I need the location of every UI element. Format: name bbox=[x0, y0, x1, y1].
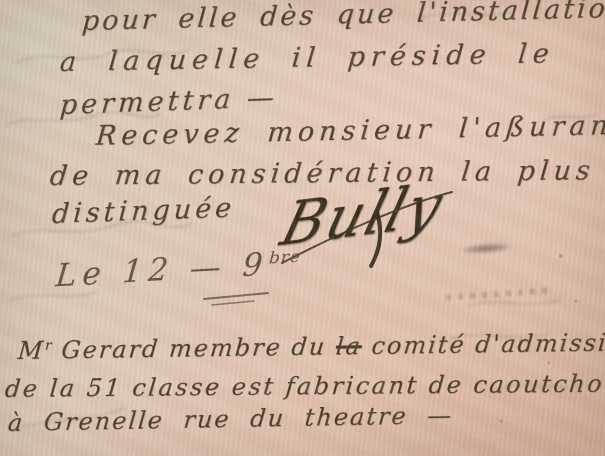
postscript-struck-word: la bbox=[335, 332, 364, 360]
ink-smudge-trail bbox=[446, 287, 550, 300]
postscript-monsieur-initial: M bbox=[17, 337, 46, 365]
date-line: Le 12 — 9bre bbox=[54, 245, 302, 294]
letter-photograph: pour elle dès que l'installation a laque… bbox=[0, 0, 605, 456]
date-day: Le 12 — bbox=[54, 248, 244, 294]
postscript-line-1-end: comité d'admission bbox=[361, 328, 605, 360]
letter-line-1: pour elle dès que l'installation bbox=[81, 0, 605, 37]
date-month-suffix: bre bbox=[268, 247, 302, 269]
closing-line-3: distinguée bbox=[51, 193, 236, 230]
ink-smudge bbox=[452, 240, 521, 258]
letter-line-2: a laquelle il préside le bbox=[59, 38, 557, 78]
postscript-line-2: de la 51 classe est fabricant de caoutch… bbox=[4, 370, 605, 403]
postscript-line-1: Mr Gerard membre du la comité d'admissio… bbox=[17, 328, 605, 365]
date-month-number: 9 bbox=[241, 247, 270, 285]
letter-line-3: permettra — bbox=[59, 82, 279, 121]
postscript-line-3: à Grenelle rue du theatre — bbox=[7, 401, 455, 437]
postscript-line-1-text: Gerard membre du bbox=[51, 333, 338, 365]
